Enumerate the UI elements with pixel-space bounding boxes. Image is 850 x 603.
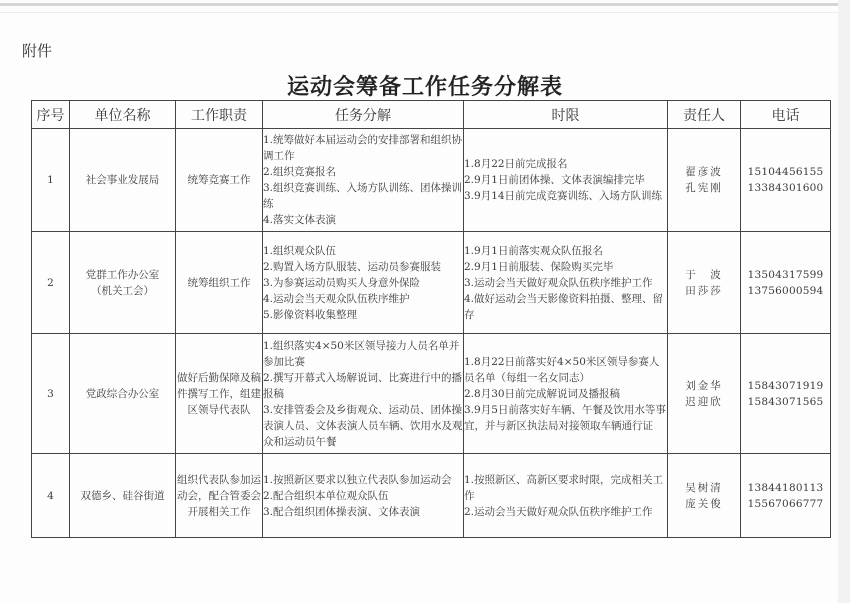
- row-tasks: 1.按照新区要求以独立代表队参加运动会 2.配合组织本单位观众队伍 3.配合组织…: [263, 454, 464, 538]
- task-item: 5.影像资料收集整理: [263, 307, 463, 323]
- task-item: 4.落实文体表演: [263, 212, 463, 228]
- table-row: 4 双德乡、硅谷街道 组织代表队参加运动会，配合管委会开展相关工作 1.按照新区…: [32, 454, 831, 538]
- task-item: 2.购置入场方队服装、运动员参赛服装: [263, 259, 463, 275]
- person-name: 迟迎欣: [668, 394, 740, 410]
- person-name: 翟彦波: [668, 164, 740, 180]
- phone-number: 15843071919: [741, 378, 830, 394]
- task-item: 3.组织竞赛训练、入场方队训练、团体操训练: [263, 180, 463, 212]
- row-persons: 刘金华 迟迎欣: [668, 334, 741, 454]
- deadline-item: 3.9月5日前落实好车辆、午餐及饮用水等事宜，并与新区执法局对接领取车辆通行证: [464, 402, 667, 434]
- document-title: 运动会筹备工作任务分解表: [0, 70, 850, 101]
- phone-number: 13844180113: [741, 480, 830, 496]
- unit-name: 社会事业发展局: [70, 172, 175, 188]
- task-item: 1.统筹做好本届运动会的安排部署和组织协调工作: [263, 132, 463, 164]
- table-row: 1 社会事业发展局 统筹竞赛工作 1.统筹做好本届运动会的安排部署和组织协调工作…: [32, 129, 831, 232]
- row-persons: 翟彦波 孔宪刚: [668, 129, 741, 232]
- row-unit: 双德乡、硅谷街道: [70, 454, 176, 538]
- row-duty: 统筹组织工作: [176, 232, 263, 334]
- row-deadlines: 1.8月22日前完成报名 2.9月1日前团体操、文体表演编排完毕 3.9月14日…: [464, 129, 668, 232]
- row-unit: 党群工作办公室 （机关工会）: [70, 232, 176, 334]
- row-index: 4: [32, 454, 70, 538]
- task-breakdown-table: 序号 单位名称 工作职责 任务分解 时限 责任人 电话 1 社会事业发展局 统筹…: [31, 100, 831, 538]
- row-phones: 13844180113 15567066777: [741, 454, 831, 538]
- deadline-item: 1.8月22日前落实好4×50米区领导参赛人员名单（每组一名女同志）: [464, 354, 667, 386]
- row-deadlines: 1.8月22日前落实好4×50米区领导参赛人员名单（每组一名女同志） 2.8月3…: [464, 334, 668, 454]
- header-phone: 电话: [741, 101, 831, 129]
- table-row: 3 党政综合办公室 做好后勤保障及稿件撰写工作，组建区领导代表队 1.组织落实4…: [32, 334, 831, 454]
- row-phones: 15843071919 15843071565: [741, 334, 831, 454]
- unit-name-sub: （机关工会）: [70, 283, 175, 299]
- task-item: 1.组织落实4×50米区领导接力人员名单并参加比赛: [263, 338, 463, 370]
- task-item: 4.运动会当天观众队伍秩序维护: [263, 291, 463, 307]
- phone-number: 15843071565: [741, 394, 830, 410]
- scan-edge-line: [0, 12, 850, 13]
- deadline-item: 2.8月30日前完成解说词及播报稿: [464, 386, 667, 402]
- person-name: 吴树清: [668, 480, 740, 496]
- task-item: 3.配合组织团体操表演、文体表演: [263, 504, 463, 520]
- person-name: 庞关俊: [668, 496, 740, 512]
- task-item: 3.为参赛运动员购买人身意外保险: [263, 275, 463, 291]
- attachment-label: 附件: [22, 40, 52, 61]
- header-unit: 单位名称: [70, 101, 176, 129]
- task-item: 1.按照新区要求以独立代表队参加运动会: [263, 472, 463, 488]
- row-deadlines: 1.按照新区、高新区要求时限，完成相关工作 2.运动会当天做好观众队伍秩序维护工…: [464, 454, 668, 538]
- table-row: 2 党群工作办公室 （机关工会） 统筹组织工作 1.组织观众队伍 2.购置入场方…: [32, 232, 831, 334]
- row-index: 1: [32, 129, 70, 232]
- unit-name: 党群工作办公室: [70, 267, 175, 283]
- unit-name: 党政综合办公室: [70, 386, 175, 402]
- row-persons: 于 波 田莎莎: [668, 232, 741, 334]
- phone-number: 15567066777: [741, 496, 830, 512]
- row-phones: 15104456155 13384301600: [741, 129, 831, 232]
- task-item: 2.撰写开幕式入场解说词、比赛进行中的播报稿: [263, 370, 463, 402]
- person-name: 刘金华: [668, 378, 740, 394]
- person-name: 于 波: [668, 267, 740, 283]
- deadline-item: 1.9月1日前落实观众队伍报名: [464, 243, 667, 259]
- header-person: 责任人: [668, 101, 741, 129]
- header-tasks: 任务分解: [263, 101, 464, 129]
- task-item: 2.组织竞赛报名: [263, 164, 463, 180]
- task-item: 3.安排管委会及乡街观众、运动员、团体操表演人员、文体表演人员车辆、饮用水及观众…: [263, 402, 463, 450]
- phone-number: 13504317599: [741, 267, 830, 283]
- task-item: 1.组织观众队伍: [263, 243, 463, 259]
- row-tasks: 1.统筹做好本届运动会的安排部署和组织协调工作 2.组织竞赛报名 3.组织竞赛训…: [263, 129, 464, 232]
- row-tasks: 1.组织观众队伍 2.购置入场方队服装、运动员参赛服装 3.为参赛运动员购买人身…: [263, 232, 464, 334]
- row-index: 2: [32, 232, 70, 334]
- row-persons: 吴树清 庞关俊: [668, 454, 741, 538]
- row-tasks: 1.组织落实4×50米区领导接力人员名单并参加比赛 2.撰写开幕式入场解说词、比…: [263, 334, 464, 454]
- unit-name: 双德乡、硅谷街道: [70, 488, 175, 504]
- row-unit: 党政综合办公室: [70, 334, 176, 454]
- deadline-item: 3.运动会当天做好观众队伍秩序维护工作: [464, 275, 667, 291]
- row-deadlines: 1.9月1日前落实观众队伍报名 2.9月1日前服装、保险购买完毕 3.运动会当天…: [464, 232, 668, 334]
- row-unit: 社会事业发展局: [70, 129, 176, 232]
- person-name: 孔宪刚: [668, 180, 740, 196]
- row-duty: 组织代表队参加运动会，配合管委会开展相关工作: [176, 454, 263, 538]
- row-index: 3: [32, 334, 70, 454]
- table-header-row: 序号 单位名称 工作职责 任务分解 时限 责任人 电话: [32, 101, 831, 129]
- deadline-item: 1.8月22日前完成报名: [464, 156, 667, 172]
- deadline-item: 2.运动会当天做好观众队伍秩序维护工作: [464, 504, 667, 520]
- phone-number: 13384301600: [741, 180, 830, 196]
- deadline-item: 2.9月1日前服装、保险购买完毕: [464, 259, 667, 275]
- row-phones: 13504317599 13756000594: [741, 232, 831, 334]
- header-deadline: 时限: [464, 101, 668, 129]
- scan-edge-top: [0, 3, 850, 6]
- header-index: 序号: [32, 101, 70, 129]
- deadline-item: 2.9月1日前团体操、文体表演编排完毕: [464, 172, 667, 188]
- deadline-item: 1.按照新区、高新区要求时限，完成相关工作: [464, 472, 667, 504]
- person-name: 田莎莎: [668, 283, 740, 299]
- task-item: 2.配合组织本单位观众队伍: [263, 488, 463, 504]
- row-duty: 统筹竞赛工作: [176, 129, 263, 232]
- phone-number: 15104456155: [741, 164, 830, 180]
- deadline-item: 3.9月14日前完成竞赛训练、入场方队训练: [464, 188, 667, 204]
- header-duty: 工作职责: [176, 101, 263, 129]
- deadline-item: 4.做好运动会当天影像资料拍摄、整理、留存: [464, 291, 667, 323]
- phone-number: 13756000594: [741, 283, 830, 299]
- row-duty: 做好后勤保障及稿件撰写工作，组建区领导代表队: [176, 334, 263, 454]
